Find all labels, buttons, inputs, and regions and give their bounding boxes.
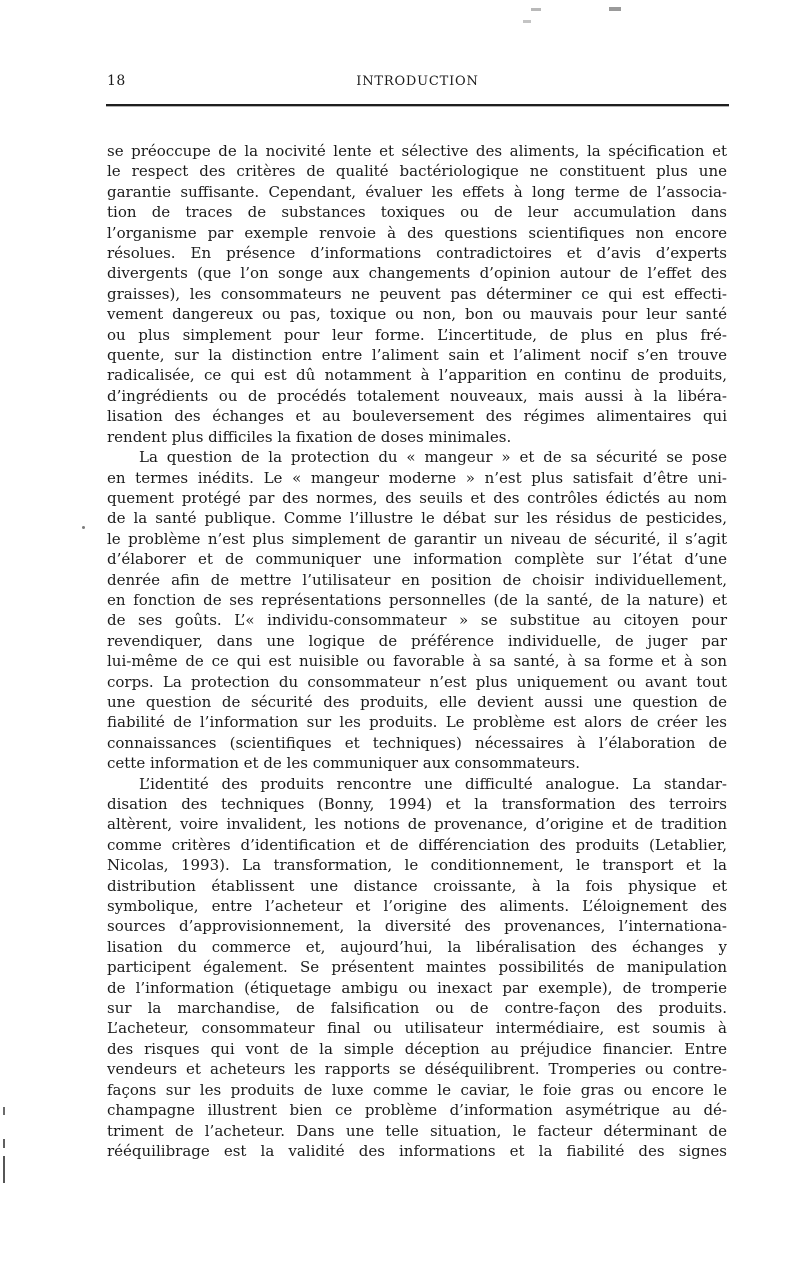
text-line: en termes inédits. Le « mangeur moderne …	[107, 468, 727, 488]
text-line: graisses), les consommateurs ne peuvent …	[107, 284, 727, 304]
text-line: lisation des échanges et au bouleverseme…	[107, 406, 727, 426]
body-text: se préoccupe de la nocivité lente et sél…	[107, 141, 727, 1161]
text-line: de ses goûts. L’« individu-consommateur …	[107, 610, 727, 630]
scan-artifact	[523, 20, 531, 23]
text-line: lisation du commerce et, aujourd’hui, la…	[107, 937, 727, 957]
text-line: champagne illustrent bien ce problème d’…	[107, 1100, 727, 1120]
text-line: de la santé publique. Comme l’illustre l…	[107, 508, 727, 528]
text-line: vement dangereux ou pas, toxique ou non,…	[107, 304, 727, 324]
text-line: denrée afin de mettre l’utilisateur en p…	[107, 570, 727, 590]
text-line: disation des techniques (Bonny, 1994) et…	[107, 794, 727, 814]
scan-artifact	[609, 7, 621, 11]
scan-artifact	[82, 526, 85, 529]
text-line: lui-même de ce qui est nuisible ou favor…	[107, 651, 727, 671]
text-line: La question de la protection du « mangeu…	[107, 447, 727, 467]
text-line: rendent plus difficiles la fixation de d…	[107, 427, 727, 447]
text-line: d’élaborer et de communiquer une informa…	[107, 549, 727, 569]
text-line: sources d’approvisionnement, la diversit…	[107, 916, 727, 936]
text-line: comme critères d’identification et de di…	[107, 835, 727, 855]
text-line: une question de sécurité des produits, e…	[107, 692, 727, 712]
text-line: en fonction de ses représentations perso…	[107, 590, 727, 610]
text-line: participent également. Se présentent mai…	[107, 957, 727, 977]
text-line: quement protégé par des normes, des seui…	[107, 488, 727, 508]
text-line: façons sur les produits de luxe comme le…	[107, 1080, 727, 1100]
text-line: radicalisée, ce qui est dû notamment à l…	[107, 365, 727, 385]
scan-artifact	[3, 1107, 5, 1115]
text-line: L’identité des produits rencontre une di…	[107, 774, 727, 794]
text-line: rééquilibrage est la validité des inform…	[107, 1141, 727, 1161]
text-line: symbolique, entre l’acheteur et l’origin…	[107, 896, 727, 916]
scan-artifact	[3, 1139, 5, 1148]
text-line: sur la marchandise, de falsification ou …	[107, 998, 727, 1018]
text-line: l’organisme par exemple renvoie à des qu…	[107, 223, 727, 243]
text-line: Nicolas, 1993). La transformation, le co…	[107, 855, 727, 875]
text-line: le problème n’est plus simplement de gar…	[107, 529, 727, 549]
text-line: distribution établissent une distance cr…	[107, 876, 727, 896]
running-head: INTRODUCTION	[107, 74, 728, 89]
text-line: résolues. En présence d’informations con…	[107, 243, 727, 263]
text-line: se préoccupe de la nocivité lente et sél…	[107, 141, 727, 161]
text-line: des risques qui vont de la simple décept…	[107, 1039, 727, 1059]
text-line: L’acheteur, consommateur final ou utilis…	[107, 1018, 727, 1038]
text-line: le respect des critères de qualité bacté…	[107, 161, 727, 181]
text-line: ou plus simplement pour leur forme. L’in…	[107, 325, 727, 345]
scan-artifact	[531, 8, 541, 11]
text-line: triment de l’acheteur. Dans une telle si…	[107, 1121, 727, 1141]
text-line: tion de traces de substances toxiques ou…	[107, 202, 727, 222]
text-line: cette information et de les communiquer …	[107, 753, 727, 773]
text-line: de l’information (étiquetage ambigu ou i…	[107, 978, 727, 998]
book-page: 18 INTRODUCTION se préoccupe de la nociv…	[0, 0, 800, 1288]
text-line: connaissances (scientifiques et techniqu…	[107, 733, 727, 753]
text-line: revendiquer, dans une logique de préfére…	[107, 631, 727, 651]
text-line: d’ingrédients ou de procédés totalement …	[107, 386, 727, 406]
text-line: garantie suffisante. Cependant, évaluer …	[107, 182, 727, 202]
text-line: vendeurs et acheteurs les rapports se dé…	[107, 1059, 727, 1079]
text-line: corps. La protection du consommateur n’e…	[107, 672, 727, 692]
text-line: quente, sur la distinction entre l’alime…	[107, 345, 727, 365]
text-line: fiabilité de l’information sur les produ…	[107, 712, 727, 732]
text-line: altèrent, voire invalident, les notions …	[107, 814, 727, 834]
scan-artifact	[3, 1156, 5, 1183]
header-rule	[106, 104, 729, 106]
text-line: divergents (que l’on songe aux changemen…	[107, 263, 727, 283]
